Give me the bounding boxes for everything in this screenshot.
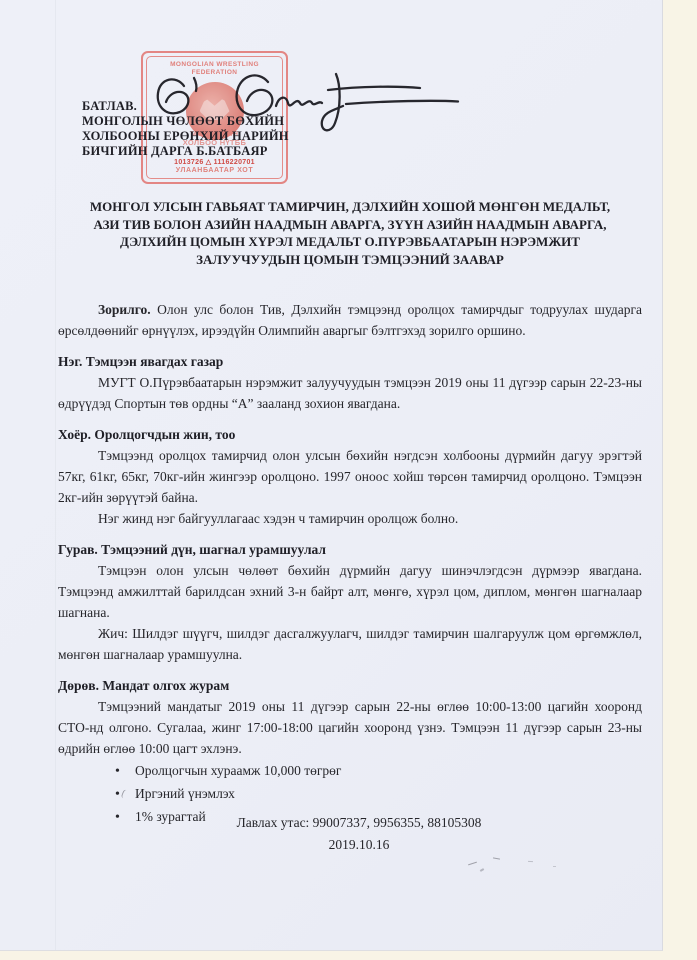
mandate-paragraph: Тэмцээний мандатыг 2019 оны 11 дүгээр са… <box>58 696 642 759</box>
purpose-paragraph: Зорилго. Олон улс болон Тив, Дэлхийн тэм… <box>58 299 642 341</box>
paper-crease-line <box>55 0 56 950</box>
section-heading-venue: Нэг. Тэмцээн явагдах газар <box>58 354 642 369</box>
document-date: 2019.10.16 <box>76 834 642 856</box>
scan-artifact <box>528 861 533 862</box>
title-line1: МОНГОЛ УЛСЫН ГАВЬЯАТ ТАМИРЧИН, ДЭЛХИЙН Х… <box>58 198 642 216</box>
section-heading-mandate: Дөрөв. Мандат олгох журам <box>58 678 642 693</box>
scanned-page: MONGOLIAN WRESTLING FEDERATION МОНГОЛЫН … <box>0 0 663 951</box>
document-body: МОНГОЛ УЛСЫН ГАВЬЯАТ ТАМИРЧИН, ДЭЛХИЙН Х… <box>58 198 642 828</box>
scanned-document-viewport: { "colors": { "paper": "#edeff7", "backd… <box>0 0 697 960</box>
list-item: Оролцогчын хураамж 10,000 төгрөг <box>115 760 642 782</box>
results-paragraph-1: Тэмцээн олон улсын чөлөөт бөхийн дүрмийн… <box>58 560 642 623</box>
weights-paragraph-2: Нэг жинд нэг байгууллагаас хэдэн ч тамир… <box>58 508 642 529</box>
contact-phones: Лавлах утас: 99007337, 9956355, 88105308 <box>76 812 642 834</box>
scan-artifact <box>480 868 484 872</box>
title-line2: АЗИ ТИВ БОЛОН АЗИЙН НААДМЫН АВАРГА, ЗҮҮН… <box>58 216 642 234</box>
weights-paragraph-1: Тэмцээнд оролцох тамирчид олон улсын бөх… <box>58 445 642 508</box>
section-heading-results: Гурав. Тэмцээний дүн, шагнал урамшуулал <box>58 542 642 557</box>
stamp-registration-numbers: 1013726 △ 1116220701 <box>147 158 282 166</box>
section-heading-weights: Хоёр. Оролцогчдын жин, тоо <box>58 427 642 442</box>
title-line3: ДЭЛХИЙН ЦОМЫН ХҮРЭЛ МЕДАЛЬТ О.ПҮРЭВБААТА… <box>58 233 642 251</box>
results-paragraph-2: Жич: Шилдэг шүүгч, шилдэг дасгалжуулагч,… <box>58 623 642 665</box>
venue-paragraph: МУГТ О.Пүрэвбаатарын нэрэмжит залуучууды… <box>58 372 642 414</box>
title-line4: ЗАЛУУЧУУДЫН ЦОМЫН ТЭМЦЭЭНИЙ ЗААВАР <box>58 251 642 269</box>
scan-artifact <box>493 857 500 859</box>
scan-artifact <box>553 866 556 867</box>
scan-artifact <box>468 862 477 866</box>
purpose-lead: Зорилго. <box>98 302 151 317</box>
signature-ink-icon <box>150 66 460 148</box>
document-title: МОНГОЛ УЛСЫН ГАВЬЯАТ ТАМИРЧИН, ДЭЛХИЙН Х… <box>58 198 642 268</box>
signature-scribble <box>150 66 460 153</box>
list-item: Иргэний үнэмлэх <box>115 783 642 805</box>
stamp-city-label: УЛААНБААТАР ХОТ <box>147 167 282 174</box>
document-footer: Лавлах утас: 99007337, 9956355, 88105308… <box>58 812 642 856</box>
